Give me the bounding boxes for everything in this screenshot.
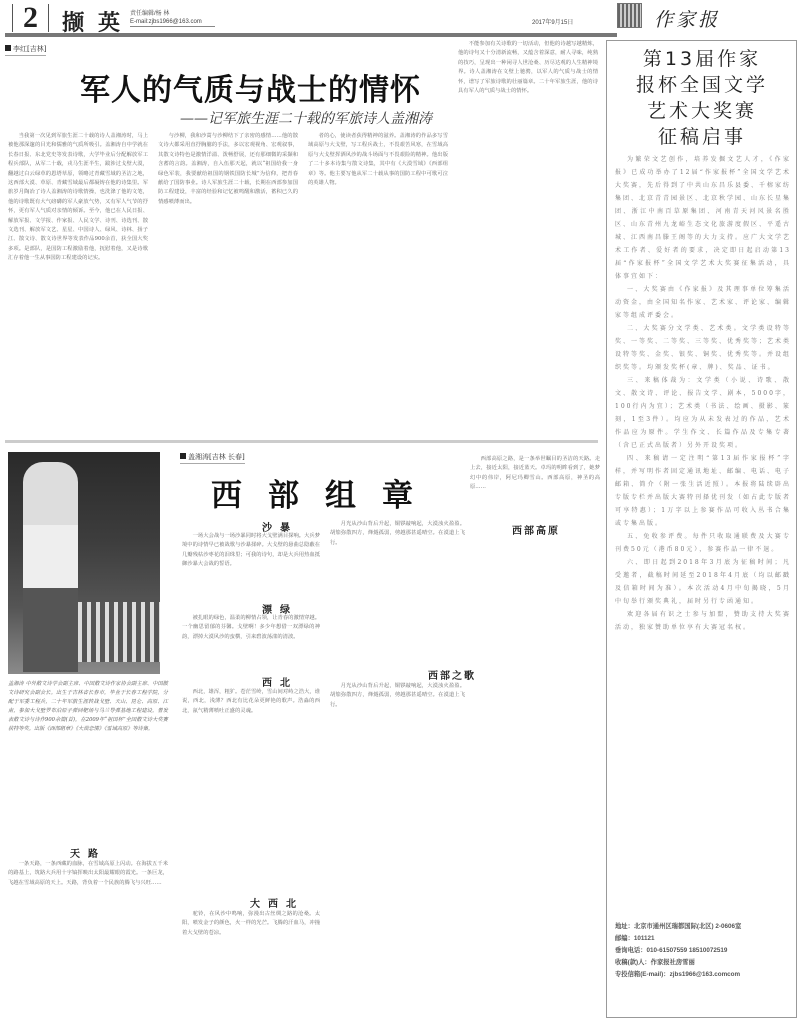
poem-text-continued: 月光从沙山背后升起，铜锣敲响起，大漠浊火盈盈。胡笳弥散四方，烽燧孤弱，剪越那甚遥… xyxy=(330,520,465,660)
poem-heading-western-song: 西部之歌 xyxy=(428,667,476,682)
contact-phone: 垂询电话：010-61507559 18510072519 xyxy=(615,945,791,957)
contest-notice-box: 第13届作家 报杯全国文学 艺术大奖赛 征稿启事 为繁荣文艺创作，培养发掘文艺人… xyxy=(606,40,797,1018)
article1-column-3: 者的心，使读者获得精神的滋养。盖湘涛的作品多写雪域高原与大戈壁，写工程兵战士，不… xyxy=(308,132,448,437)
contest-notice-title: 第13届作家 报杯全国文学 艺术大奖赛 征稿启事 xyxy=(613,46,791,150)
author-bio: 盖湘涛 中外散文诗学会副主席、中国散文诗作家协会副主席、中国散文诗研究会副会长。… xyxy=(8,680,168,734)
author-photo xyxy=(8,452,160,674)
header-rule xyxy=(5,33,617,37)
editor-info: 责任编辑/杨 林 E-mail:zjbs1966@163.com xyxy=(130,10,215,27)
editor-email: E-mail:zjbs1966@163.com xyxy=(130,18,215,26)
newspaper-masthead: 作家报 xyxy=(654,5,720,32)
person-figure xyxy=(23,462,78,672)
article1-column-4: 不能参加有关诗歌的一切活动，但他的诗越写越精炼，他的诗句又十分清新流畅，又蕴含着… xyxy=(458,40,598,437)
fence-figure xyxy=(78,602,160,662)
article2-title: 西部组章 xyxy=(211,470,439,515)
article1-byline: 李红[吉林] xyxy=(5,44,46,56)
contact-address: 地址：北京市通州区瑞都国际(北区) 2-0606室 xyxy=(615,921,791,933)
poem-text-sky-road: 一条天路，一条西藏的血脉，在雪域高原上闪动。在海拔五千米的路基上，筑路大兵用十字… xyxy=(8,860,168,1018)
contact-postcode: 邮编：101121 xyxy=(615,933,791,945)
article2-byline: 盖湘涛[吉林 长春] xyxy=(180,452,245,464)
poem-text-western-plateau: 西部高原之路，是一条举世瞩目的圣洁的天路。走上去，接近太阳，接近蓝天。卓玛的明眸… xyxy=(470,455,600,1018)
contact-recipient: 收稿(款)人：作家报社房雪丽 xyxy=(615,957,791,969)
article1-subtitle: ——记军旅生涯二十载的军旅诗人盖湘涛 xyxy=(180,108,432,128)
poem-heading-sky-road: 天路 xyxy=(70,845,106,860)
square-bullet-icon xyxy=(180,453,186,459)
article-divider xyxy=(5,440,598,443)
poem-heading-great-northwest: 大西北 xyxy=(250,895,304,910)
poem-text-great-northwest: 驼铃，在风沙中鸣响，弥漫出古丝绸之路的沧桑。太阳，喷发金子的颜色，火一样的光芒。… xyxy=(182,910,320,1018)
page-header: 2 撷英 责任编辑/杨 林 E-mail:zjbs1966@163.com 20… xyxy=(0,0,800,36)
article1-column-1: 当我第一次见到军旅生涯二十载的诗人盖湘涛时，马上被他那深邃的目光和儒雅的气质所吸… xyxy=(8,132,148,437)
qr-code-icon xyxy=(617,3,642,28)
poem-heading-northwest: 西北 xyxy=(262,674,298,689)
issue-date: 2017年9月15日 xyxy=(532,17,573,26)
square-bullet-icon xyxy=(5,45,11,51)
article1-column-2: 与沙柳，我和沙蒿与沙柳结下了亲密的感情……他的散文诗大都采用直抒胸臆的手法，多以… xyxy=(158,132,298,437)
article1-title: 军人的气质与战士的情怀 xyxy=(80,65,421,109)
page-number: 2 xyxy=(12,4,49,32)
poem-text-sandstorm: 一场大会战与一场沙暴同时将大戈壁满目探响。大兵梦境中的诗情早已被战歌与沙暴揉碎。… xyxy=(182,532,320,600)
contest-contact-info: 地址：北京市通州区瑞都国际(北区) 2-0606室 邮编：101121 垂询电话… xyxy=(615,921,791,981)
poem-text-drifting-green: 被扎眼的绿色，温柔的柳情占领，让青春的激情穿越。一个幽思留郁的芬馨。戈壁啊！多少… xyxy=(182,614,320,674)
contest-notice-body: 为繁荣文艺创作，培养发掘文艺人才，《作家报》已成功举办了12届“作家报杯”全国文… xyxy=(615,153,791,634)
poem-text-western-song: 月光从沙山背后升起，铜锣敲响起，大漠浊火盈盈。胡笳弥散四方，烽燧孤弱，剪越那甚遥… xyxy=(330,682,465,1018)
contact-email: 专投信箱(E-mail)：zjbs1966@163.comcom xyxy=(615,969,791,981)
editor-name: 责任编辑/杨 林 xyxy=(130,10,215,18)
poem-text-northwest: 西北，雄浑，粗犷。苍茫雪岭，雪山间对峙之浩大，谁说，西北，浅薄？西北有比花朵更鲜… xyxy=(182,688,320,838)
